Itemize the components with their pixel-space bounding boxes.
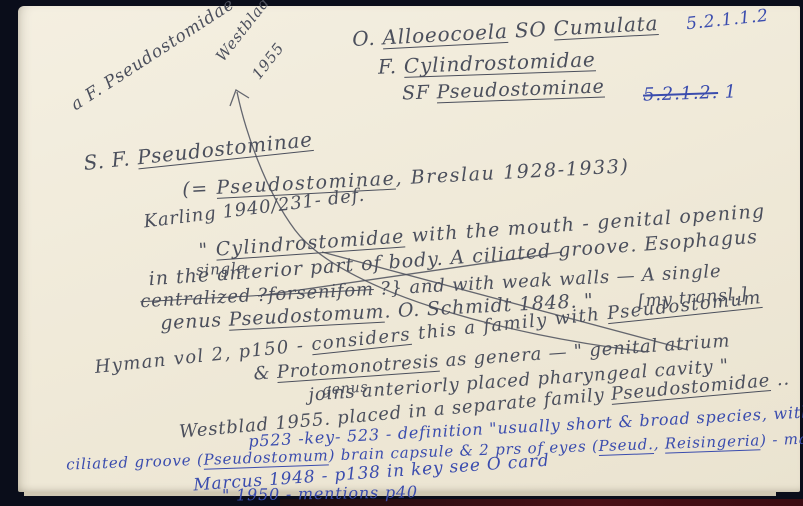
text-segment: .. (769, 368, 790, 391)
text-segment: genus (160, 309, 230, 335)
text-segment: & (253, 362, 278, 385)
underlined-term: Pseud. (598, 435, 654, 455)
text-segment: " (198, 239, 217, 262)
classification-code-old: 5.2.1.2. 1 (643, 82, 738, 105)
text-segment: , (653, 435, 665, 453)
inserted-word-genus: genus (322, 380, 369, 399)
classification-code-old-struck: 5.2.1.2. (643, 82, 719, 106)
text-segment: O. (352, 25, 384, 51)
text-segment: " 1950 - mentions p40 (222, 482, 418, 504)
classification-code-old-kept: 1 (718, 81, 738, 103)
text-segment: (= (182, 177, 217, 201)
text-segment: SF (402, 81, 437, 104)
text-segment: F. (378, 54, 405, 79)
marcus-1950-line: " 1950 - mentions p40 (222, 483, 418, 504)
text-segment: SO (507, 16, 554, 42)
underlined-term: Reisingeria (665, 431, 761, 452)
scanned-index-card-photo: { "page": { "background": "#0a0d1a", "pa… (0, 0, 803, 506)
text-segment: ) - marine (760, 428, 803, 449)
inserted-word-single: single (196, 260, 247, 279)
